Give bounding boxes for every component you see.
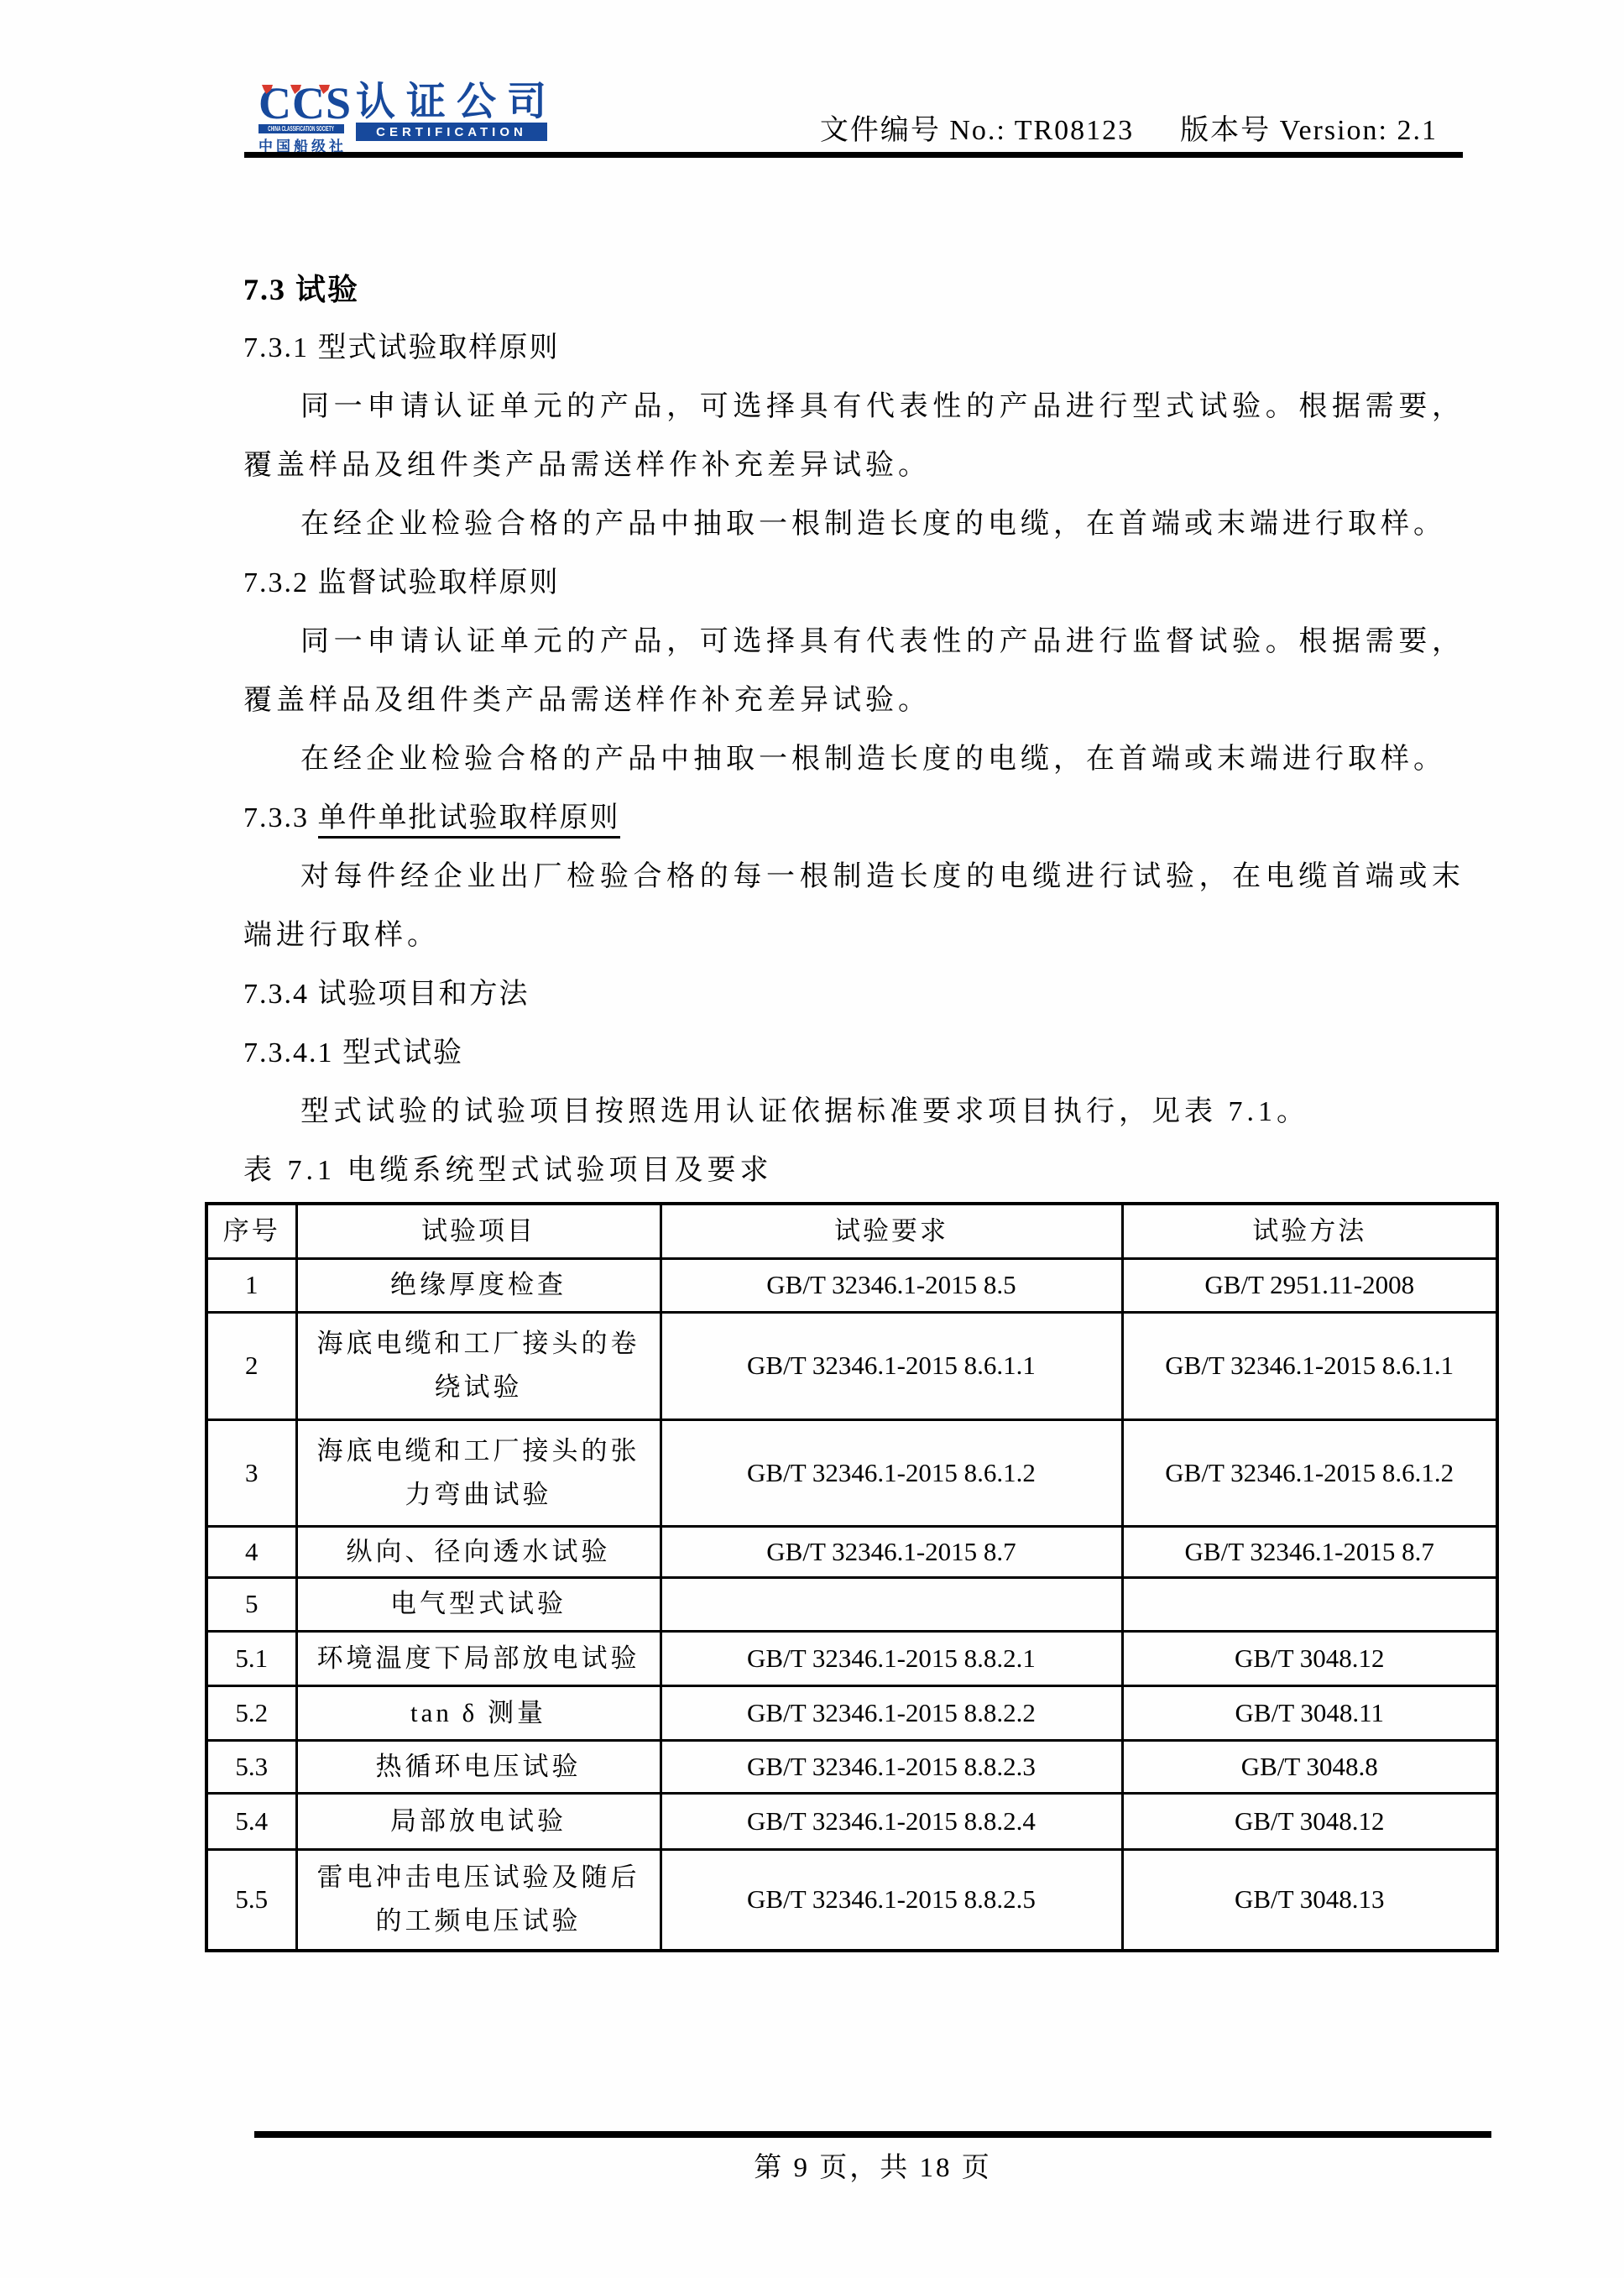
cell-item: 环境温度下局部放电试验 xyxy=(296,1631,661,1685)
cell-method: GB/T 3048.13 xyxy=(1122,1849,1497,1951)
cell-item: 绝缘厚度检查 xyxy=(296,1258,661,1312)
cell-requirement: GB/T 32346.1-2015 8.5 xyxy=(661,1258,1122,1312)
footer-rule xyxy=(254,2131,1491,2138)
cell-requirement: GB/T 32346.1-2015 8.6.1.2 xyxy=(661,1419,1122,1526)
cell-requirement: GB/T 32346.1-2015 8.8.2.3 xyxy=(661,1740,1122,1793)
cell-item: 雷电冲击电压试验及随后的工频电压试验 xyxy=(296,1849,661,1951)
cell-item: 局部放电试验 xyxy=(296,1793,661,1849)
cell-requirement: GB/T 32346.1-2015 8.8.2.2 xyxy=(661,1685,1122,1740)
cell-requirement: GB/T 32346.1-2015 8.6.1.1 xyxy=(661,1312,1122,1419)
col-header-method: 试验方法 xyxy=(1122,1204,1497,1258)
society-en-bar: CHINA CLASSIFICATION SOCIETY xyxy=(258,124,344,133)
paragraph: 在经企业检验合格的产品中抽取一根制造长度的电缆，在首端或末端进行取样。 xyxy=(243,730,1465,789)
cell-item: 电气型式试验 xyxy=(296,1577,661,1631)
cell-no: 1 xyxy=(206,1258,296,1312)
ccs-logo-left: CCS CHINA CLASSIFICATION SOCIETY 中国船级社 xyxy=(258,84,344,155)
test-table: 序号 试验项目 试验要求 试验方法 1绝缘厚度检查GB/T 32346.1-20… xyxy=(205,1202,1499,1952)
cell-item: 海底电缆和工厂接头的卷绕试验 xyxy=(296,1312,661,1419)
ccs-wordmark: CCS xyxy=(258,84,344,123)
cell-requirement: GB/T 32346.1-2015 8.7 xyxy=(661,1526,1122,1577)
ccs-logo: CCS CHINA CLASSIFICATION SOCIETY 中国船级社 认… xyxy=(258,84,557,155)
table-caption: 表 7.1 电缆系统型式试验项目及要求 xyxy=(243,1142,1465,1200)
table-row: 2海底电缆和工厂接头的卷绕试验GB/T 32346.1-2015 8.6.1.1… xyxy=(206,1312,1497,1419)
cell-method: GB/T 3048.11 xyxy=(1122,1685,1497,1740)
section-7-3-1-title: 7.3.1 型式试验取样原则 xyxy=(243,319,1465,378)
cell-no: 2 xyxy=(206,1312,296,1419)
section-number: 7.3.3 xyxy=(243,802,318,833)
table-row: 3海底电缆和工厂接头的张力弯曲试验GB/T 32346.1-2015 8.6.1… xyxy=(206,1419,1497,1526)
paragraph: 对每件经企业出厂检验合格的每一根制造长度的电缆进行试验，在电缆首端或末端进行取样… xyxy=(243,848,1465,965)
paragraph: 在经企业检验合格的产品中抽取一根制造长度的电缆，在首端或末端进行取样。 xyxy=(243,495,1465,554)
section-title-underlined: 单件单批试验取样原则 xyxy=(318,802,620,839)
section-7-3-3-title: 7.3.3 单件单批试验取样原则 xyxy=(243,789,1465,848)
cell-method: GB/T 32346.1-2015 8.7 xyxy=(1122,1526,1497,1577)
cell-method: GB/T 3048.8 xyxy=(1122,1740,1497,1793)
cell-requirement xyxy=(661,1577,1122,1631)
cell-no: 5.1 xyxy=(206,1631,296,1685)
company-cn-label: 认证公司 xyxy=(356,84,557,121)
cell-item: 纵向、径向透水试验 xyxy=(296,1526,661,1577)
cell-no: 5.3 xyxy=(206,1740,296,1793)
cell-method: GB/T 3048.12 xyxy=(1122,1631,1497,1685)
cell-item: 热循环电压试验 xyxy=(296,1740,661,1793)
doc-number: 文件编号 No.: TR08123 xyxy=(820,107,1134,148)
table-row: 5.1环境温度下局部放电试验GB/T 32346.1-2015 8.8.2.1G… xyxy=(206,1631,1497,1685)
society-en-label: CHINA CLASSIFICATION SOCIETY xyxy=(269,125,335,133)
cell-no: 5.2 xyxy=(206,1685,296,1740)
paragraph: 同一申请认证单元的产品，可选择具有代表性的产品进行型式试验。根据需要，覆盖样品及… xyxy=(243,378,1465,495)
cell-no: 5.4 xyxy=(206,1793,296,1849)
section-7-3-title: 7.3 试验 xyxy=(243,260,1465,319)
cell-item: tan δ 测量 xyxy=(296,1685,661,1740)
document-body: 7.3 试验 7.3.1 型式试验取样原则 同一申请认证单元的产品，可选择具有代… xyxy=(243,260,1465,1952)
cell-method: GB/T 32346.1-2015 8.6.1.2 xyxy=(1122,1419,1497,1526)
col-header-item: 试验项目 xyxy=(296,1204,661,1258)
cell-no: 4 xyxy=(206,1526,296,1577)
cell-method xyxy=(1122,1577,1497,1631)
cell-method: GB/T 3048.12 xyxy=(1122,1793,1497,1849)
cell-requirement: GB/T 32346.1-2015 8.8.2.1 xyxy=(661,1631,1122,1685)
section-7-3-4-1-title: 7.3.4.1 型式试验 xyxy=(243,1024,1465,1083)
table-row: 1绝缘厚度检查GB/T 32346.1-2015 8.5GB/T 2951.11… xyxy=(206,1258,1497,1312)
cell-requirement: GB/T 32346.1-2015 8.8.2.4 xyxy=(661,1793,1122,1849)
col-header-requirement: 试验要求 xyxy=(661,1204,1122,1258)
cell-no: 5 xyxy=(206,1577,296,1631)
table-row: 5电气型式试验 xyxy=(206,1577,1497,1631)
table-body: 1绝缘厚度检查GB/T 32346.1-2015 8.5GB/T 2951.11… xyxy=(206,1258,1497,1951)
cell-no: 5.5 xyxy=(206,1849,296,1951)
cell-no: 3 xyxy=(206,1419,296,1526)
table-row: 5.2tan δ 测量GB/T 32346.1-2015 8.8.2.2GB/T… xyxy=(206,1685,1497,1740)
ccs-logo-right: 认证公司 CERTIFICATION xyxy=(356,84,557,141)
document-page: CCS CHINA CLASSIFICATION SOCIETY 中国船级社 认… xyxy=(0,0,1624,2278)
certification-label: CERTIFICATION xyxy=(376,125,527,139)
cell-method: GB/T 32346.1-2015 8.6.1.1 xyxy=(1122,1312,1497,1419)
cell-item: 海底电缆和工厂接头的张力弯曲试验 xyxy=(296,1419,661,1526)
page-number: 第 9 页，共 18 页 xyxy=(254,2145,1491,2185)
certification-bar: CERTIFICATION xyxy=(356,123,547,141)
section-7-3-2-title: 7.3.2 监督试验取样原则 xyxy=(243,554,1465,613)
table-row: 5.4局部放电试验GB/T 32346.1-2015 8.8.2.4GB/T 3… xyxy=(206,1793,1497,1849)
table-row: 5.3热循环电压试验GB/T 32346.1-2015 8.8.2.3GB/T … xyxy=(206,1740,1497,1793)
table-header-row: 序号 试验项目 试验要求 试验方法 xyxy=(206,1204,1497,1258)
paragraph: 型式试验的试验项目按照选用认证依据标准要求项目执行，见表 7.1。 xyxy=(243,1083,1465,1142)
section-7-3-4-title: 7.3.4 试验项目和方法 xyxy=(243,965,1465,1024)
document-id-line: 文件编号 No.: TR08123 版本号 Version: 2.1 xyxy=(820,107,1438,148)
col-header-no: 序号 xyxy=(206,1204,296,1258)
table-row: 4纵向、径向透水试验GB/T 32346.1-2015 8.7GB/T 3234… xyxy=(206,1526,1497,1577)
cell-method: GB/T 2951.11-2008 xyxy=(1122,1258,1497,1312)
header-rule xyxy=(244,152,1463,158)
doc-version: 版本号 Version: 2.1 xyxy=(1180,107,1438,148)
cell-requirement: GB/T 32346.1-2015 8.8.2.5 xyxy=(661,1849,1122,1951)
paragraph: 同一申请认证单元的产品，可选择具有代表性的产品进行监督试验。根据需要，覆盖样品及… xyxy=(243,613,1465,730)
table-row: 5.5雷电冲击电压试验及随后的工频电压试验GB/T 32346.1-2015 8… xyxy=(206,1849,1497,1951)
